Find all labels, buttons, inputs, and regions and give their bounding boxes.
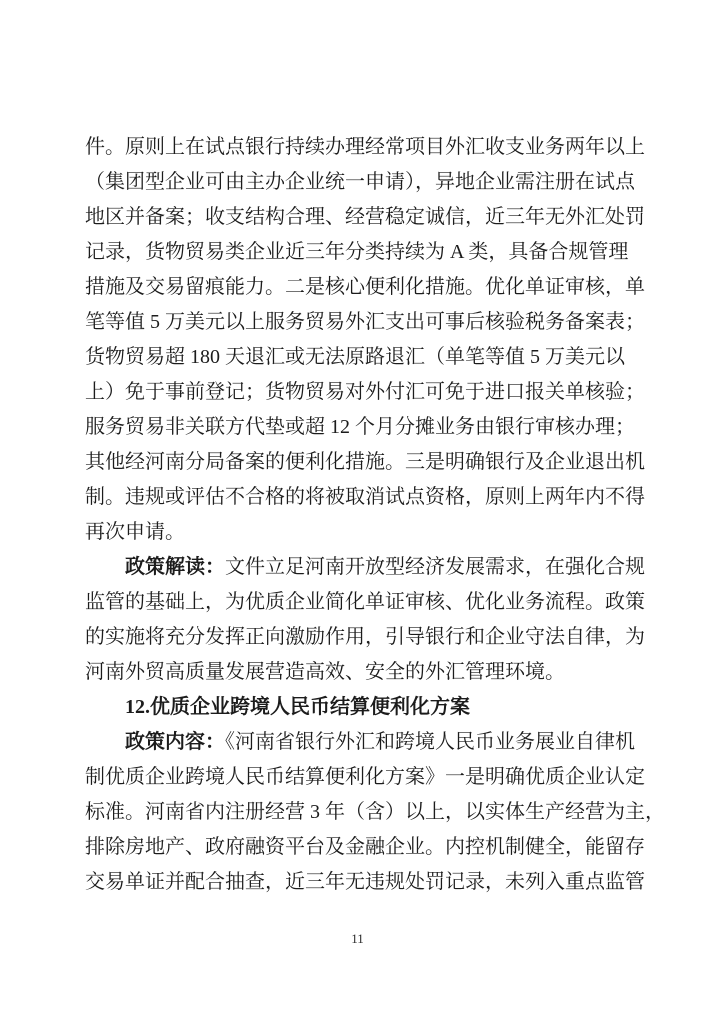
page-number: 11 <box>0 930 715 948</box>
text-line: 记录，货物贸易类企业近三年分类持续为 A 类，具备合规管理 <box>85 235 657 270</box>
text-line: 笔等值 5 万美元以上服务贸易外汇支出可事后核验税务备案表； <box>85 305 657 340</box>
text-line: 制。违规或评估不合格的将被取消试点资格，原则上两年内不得 <box>85 480 657 515</box>
text-segment: 其他经河南分局备案的便利化措施。三是明确银行及企业退出机 <box>85 451 645 473</box>
bold-text-segment: 政策内容： <box>125 731 225 753</box>
text-line: 交易单证并配合抽查，近三年无违规处罚记录，未列入重点监管 <box>85 865 657 900</box>
text-line: 河南外贸高质量发展营造高效、安全的外汇管理环境。 <box>85 655 657 690</box>
text-line: 地区并备案；收支结构合理、经营稳定诚信，近三年无外汇处罚 <box>85 200 657 235</box>
text-segment: 河南外贸高质量发展营造高效、安全的外汇管理环境。 <box>85 661 565 683</box>
text-segment: 制优质企业跨境人民币结算便利化方案》一是明确优质企业认定 <box>85 766 645 788</box>
text-segment: 再次申请。 <box>85 521 185 543</box>
text-line: （集团型企业可由主办企业统一申请），异地企业需注册在试点 <box>85 165 657 200</box>
text-segment: 服务贸易非关联方代垫或超 12 个月分摊业务由银行审核办理； <box>85 416 635 438</box>
document-viewport: { "page": { "background_color": "#ffffff… <box>0 0 715 1011</box>
text-segment: （集团型企业可由主办企业统一申请），异地企业需注册在试点 <box>85 171 635 193</box>
text-segment: 上）免于事前登记；货物贸易对外付汇可免于进口报关单核验； <box>85 381 645 403</box>
text-line: 排除房地产、政府融资平台及金融企业。内控机制健全，能留存 <box>85 830 657 865</box>
text-line: 服务贸易非关联方代垫或超 12 个月分摊业务由银行审核办理； <box>85 410 657 445</box>
text-segment: 措施及交易留痕能力。二是核心便利化措施。优化单证审核，单 <box>85 276 645 298</box>
text-segment: 件。原则上在试点银行持续办理经常项目外汇收支业务两年以上 <box>85 136 645 158</box>
text-segment: 交易单证并配合抽查，近三年无违规处罚记录，未列入重点监管 <box>85 871 645 893</box>
text-segment: 标准。河南省内注册经营 3 年（含）以上，以实体生产经营为主， <box>85 801 665 823</box>
text-segment: 《河南省银行外汇和跨境人民币业务展业自律机 <box>225 731 635 753</box>
text-segment: 制。违规或评估不合格的将被取消试点资格，原则上两年内不得 <box>85 486 645 508</box>
text-segment: 笔等值 5 万美元以上服务贸易外汇支出可事后核验税务备案表； <box>85 311 645 333</box>
text-line: 其他经河南分局备案的便利化措施。三是明确银行及企业退出机 <box>85 445 657 480</box>
text-line: 的实施将充分发挥正向激励作用，引导银行和企业守法自律，为 <box>85 620 657 655</box>
text-line: 再次申请。 <box>85 515 657 550</box>
document-page: 件。原则上在试点银行持续办理经常项目外汇收支业务两年以上（集团型企业可由主办企业… <box>0 0 715 1011</box>
text-line: 件。原则上在试点银行持续办理经常项目外汇收支业务两年以上 <box>85 130 657 165</box>
bold-text-segment: 政策解读： <box>125 556 225 578</box>
text-line: 措施及交易留痕能力。二是核心便利化措施。优化单证审核，单 <box>85 270 657 305</box>
text-line: 上）免于事前登记；货物贸易对外付汇可免于进口报关单核验； <box>85 375 657 410</box>
text-segment: 监管的基础上，为优质企业简化单证审核、优化业务流程。政策 <box>85 591 645 613</box>
policy-content-lead: 政策内容：《河南省银行外汇和跨境人民币业务展业自律机 <box>85 725 657 760</box>
bold-text-segment: 12.优质企业跨境人民币结算便利化方案 <box>125 696 470 718</box>
policy-interpretation-lead: 政策解读：文件立足河南开放型经济发展需求，在强化合规 <box>85 550 657 585</box>
text-line: 监管的基础上，为优质企业简化单证审核、优化业务流程。政策 <box>85 585 657 620</box>
text-line: 货物贸易超 180 天退汇或无法原路退汇（单笔等值 5 万美元以 <box>85 340 657 375</box>
text-segment: 记录，货物贸易类企业近三年分类持续为 A 类，具备合规管理 <box>85 241 628 263</box>
text-segment: 的实施将充分发挥正向激励作用，引导银行和企业守法自律，为 <box>85 626 645 648</box>
text-segment: 排除房地产、政府融资平台及金融企业。内控机制健全，能留存 <box>85 836 645 858</box>
text-line: 制优质企业跨境人民币结算便利化方案》一是明确优质企业认定 <box>85 760 657 795</box>
text-segment: 地区并备案；收支结构合理、经营稳定诚信，近三年无外汇处罚 <box>85 206 645 228</box>
text-segment: 文件立足河南开放型经济发展需求，在强化合规 <box>225 556 645 578</box>
text-line: 标准。河南省内注册经营 3 年（含）以上，以实体生产经营为主， <box>85 795 657 830</box>
text-segment: 货物贸易超 180 天退汇或无法原路退汇（单笔等值 5 万美元以 <box>85 346 625 368</box>
section-heading: 12.优质企业跨境人民币结算便利化方案 <box>85 690 657 725</box>
document-body: 件。原则上在试点银行持续办理经常项目外汇收支业务两年以上（集团型企业可由主办企业… <box>85 130 657 900</box>
